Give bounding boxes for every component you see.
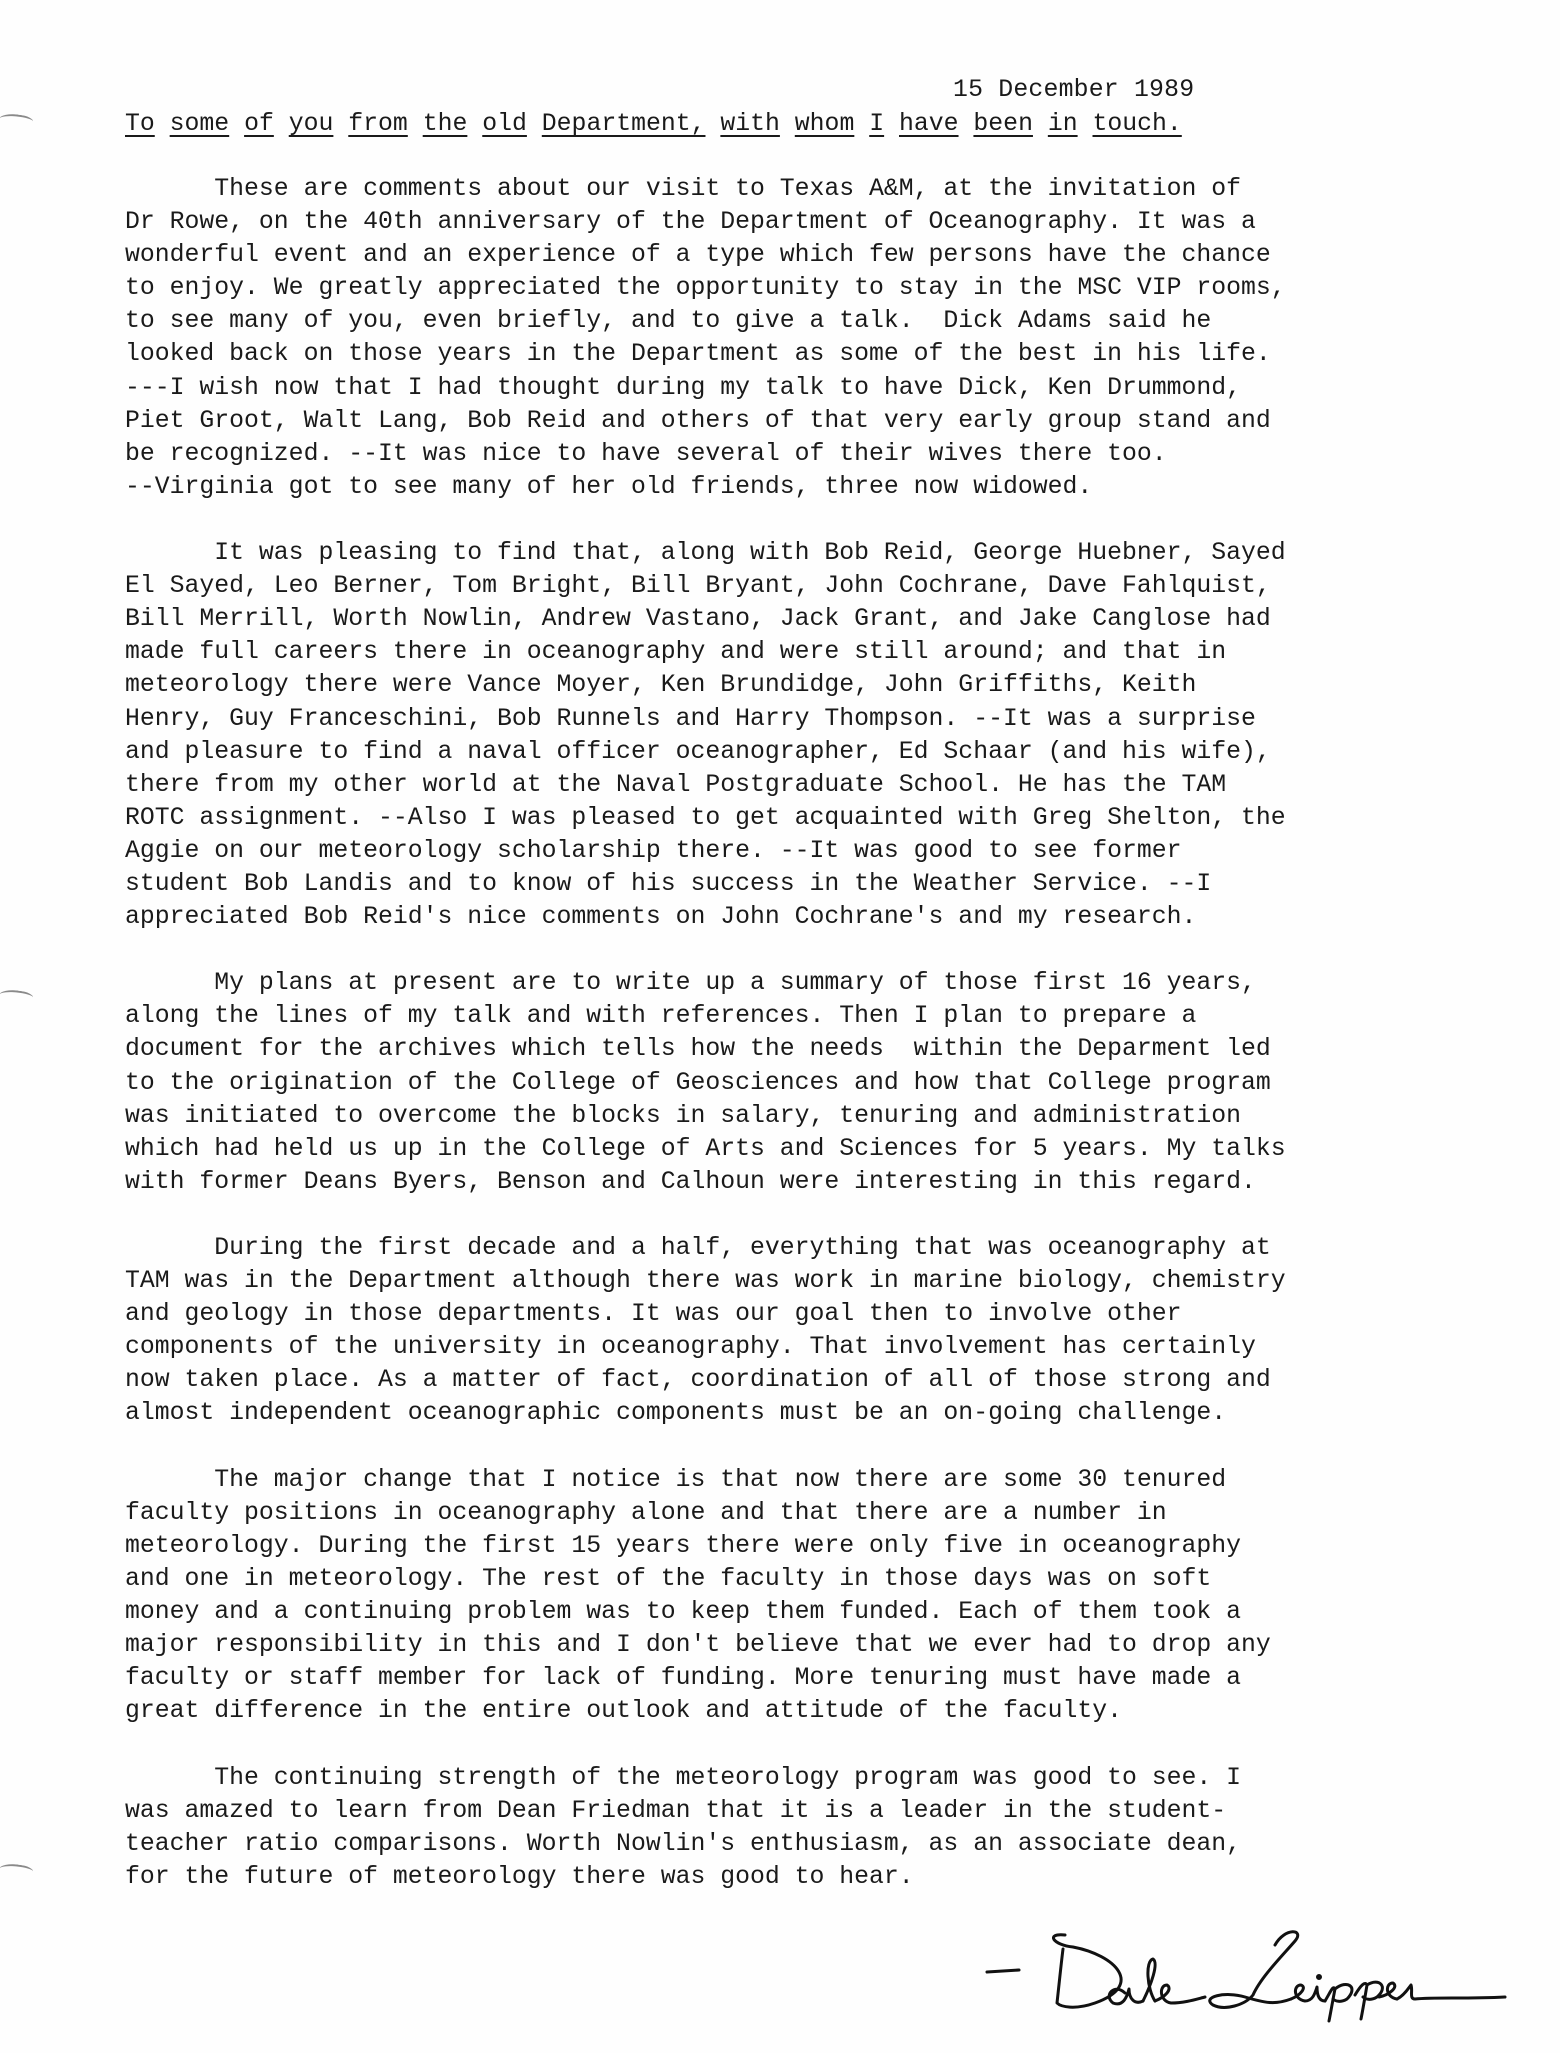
text-line: meteorology. During the first 15 years t… [125, 1530, 1445, 1563]
letter-paragraph: The continuing strength of the meteorolo… [125, 1762, 1445, 1894]
text-line: was amazed to learn from Dean Friedman t… [125, 1795, 1445, 1828]
text-line: ---I wish now that I had thought during … [125, 372, 1445, 405]
text-line: Piet Groot, Walt Lang, Bob Reid and othe… [125, 405, 1445, 438]
letter-salutation: To some of you from the old Department, … [125, 108, 1182, 141]
text-line: Henry, Guy Franceschini, Bob Runnels and… [125, 703, 1445, 736]
text-line: and one in meteorology. The rest of the … [125, 1563, 1445, 1596]
text-line: ROTC assignment. --Also I was pleased to… [125, 802, 1445, 835]
left-margin-mark [0, 1862, 34, 1879]
text-line: teacher ratio comparisons. Worth Nowlin'… [125, 1828, 1445, 1861]
text-line: The continuing strength of the meteorolo… [125, 1762, 1445, 1795]
text-line: almost independent oceanographic compone… [125, 1397, 1445, 1430]
salutation-word: whom [795, 110, 855, 138]
text-line: now taken place. As a matter of fact, co… [125, 1364, 1445, 1397]
text-line: Bill Merrill, Worth Nowlin, Andrew Vasta… [125, 603, 1445, 636]
salutation-word: Department, [542, 110, 706, 138]
text-line: looked back on those years in the Depart… [125, 338, 1445, 371]
text-line: document for the archives which tells ho… [125, 1033, 1445, 1066]
text-line: meteorology there were Vance Moyer, Ken … [125, 669, 1445, 702]
salutation-word: To [125, 110, 155, 138]
text-line: During the first decade and a half, ever… [125, 1232, 1445, 1265]
salutation-word: the [423, 110, 468, 138]
letter-paragraph: My plans at present are to write up a su… [125, 967, 1445, 1199]
salutation-word: you [289, 110, 334, 138]
text-line: to see many of you, even briefly, and to… [125, 305, 1445, 338]
left-margin-mark [0, 988, 34, 1005]
text-line: TAM was in the Department although there… [125, 1265, 1445, 1298]
text-line: The major change that I notice is that n… [125, 1464, 1445, 1497]
text-line: Dr Rowe, on the 40th anniversary of the … [125, 206, 1445, 239]
salutation-word: I [869, 110, 884, 138]
salutation-word: touch. [1093, 110, 1182, 138]
text-line: major responsibility in this and I don't… [125, 1629, 1445, 1662]
text-line: with former Deans Byers, Benson and Calh… [125, 1166, 1445, 1199]
letter-paragraph: During the first decade and a half, ever… [125, 1232, 1445, 1431]
handwritten-signature: - Dale Leipper [975, 1915, 1515, 2025]
text-line: appreciated Bob Reid's nice comments on … [125, 901, 1445, 934]
text-line: Aggie on our meteorology scholarship the… [125, 835, 1445, 868]
letter-paragraph: These are comments about our visit to Te… [125, 173, 1445, 504]
letter-page: 15 December 1989 To some of you from the… [0, 0, 1560, 2053]
text-line: and pleasure to find a naval officer oce… [125, 736, 1445, 769]
left-margin-mark [0, 112, 34, 129]
text-line: These are comments about our visit to Te… [125, 173, 1445, 206]
text-line: great difference in the entire outlook a… [125, 1695, 1445, 1728]
salutation-word: from [348, 110, 408, 138]
letter-date: 15 December 1989 [953, 74, 1194, 107]
salutation-word: some [170, 110, 230, 138]
salutation-word: been [973, 110, 1033, 138]
letter-paragraph: The major change that I notice is that n… [125, 1464, 1445, 1729]
letter-paragraph: It was pleasing to find that, along with… [125, 537, 1445, 934]
text-line: My plans at present are to write up a su… [125, 967, 1445, 1000]
text-line: was initiated to overcome the blocks in … [125, 1100, 1445, 1133]
text-line: which had held us up in the College of A… [125, 1133, 1445, 1166]
salutation-word: in [1048, 110, 1078, 138]
text-line: to enjoy. We greatly appreciated the opp… [125, 272, 1445, 305]
text-line: made full careers there in oceanography … [125, 636, 1445, 669]
text-line: It was pleasing to find that, along with… [125, 537, 1445, 570]
text-line: faculty positions in oceanography alone … [125, 1497, 1445, 1530]
text-line: along the lines of my talk and with refe… [125, 1000, 1445, 1033]
text-line: El Sayed, Leo Berner, Tom Bright, Bill B… [125, 570, 1445, 603]
text-line: components of the university in oceanogr… [125, 1331, 1445, 1364]
letter-body: These are comments about our visit to Te… [125, 173, 1445, 1927]
salutation-word: old [482, 110, 527, 138]
salutation-word: with [720, 110, 780, 138]
salutation-word: of [244, 110, 274, 138]
signature-icon [975, 1915, 1515, 2025]
text-line: money and a continuing problem was to ke… [125, 1596, 1445, 1629]
text-line: --Virginia got to see many of her old fr… [125, 471, 1445, 504]
text-line: there from my other world at the Naval P… [125, 769, 1445, 802]
text-line: to the origination of the College of Geo… [125, 1067, 1445, 1100]
text-line: and geology in those departments. It was… [125, 1298, 1445, 1331]
text-line: be recognized. --It was nice to have sev… [125, 438, 1445, 471]
text-line: wonderful event and an experience of a t… [125, 239, 1445, 272]
text-line: faculty or staff member for lack of fund… [125, 1662, 1445, 1695]
text-line: for the future of meteorology there was … [125, 1861, 1445, 1894]
salutation-word: have [899, 110, 959, 138]
text-line: student Bob Landis and to know of his su… [125, 868, 1445, 901]
